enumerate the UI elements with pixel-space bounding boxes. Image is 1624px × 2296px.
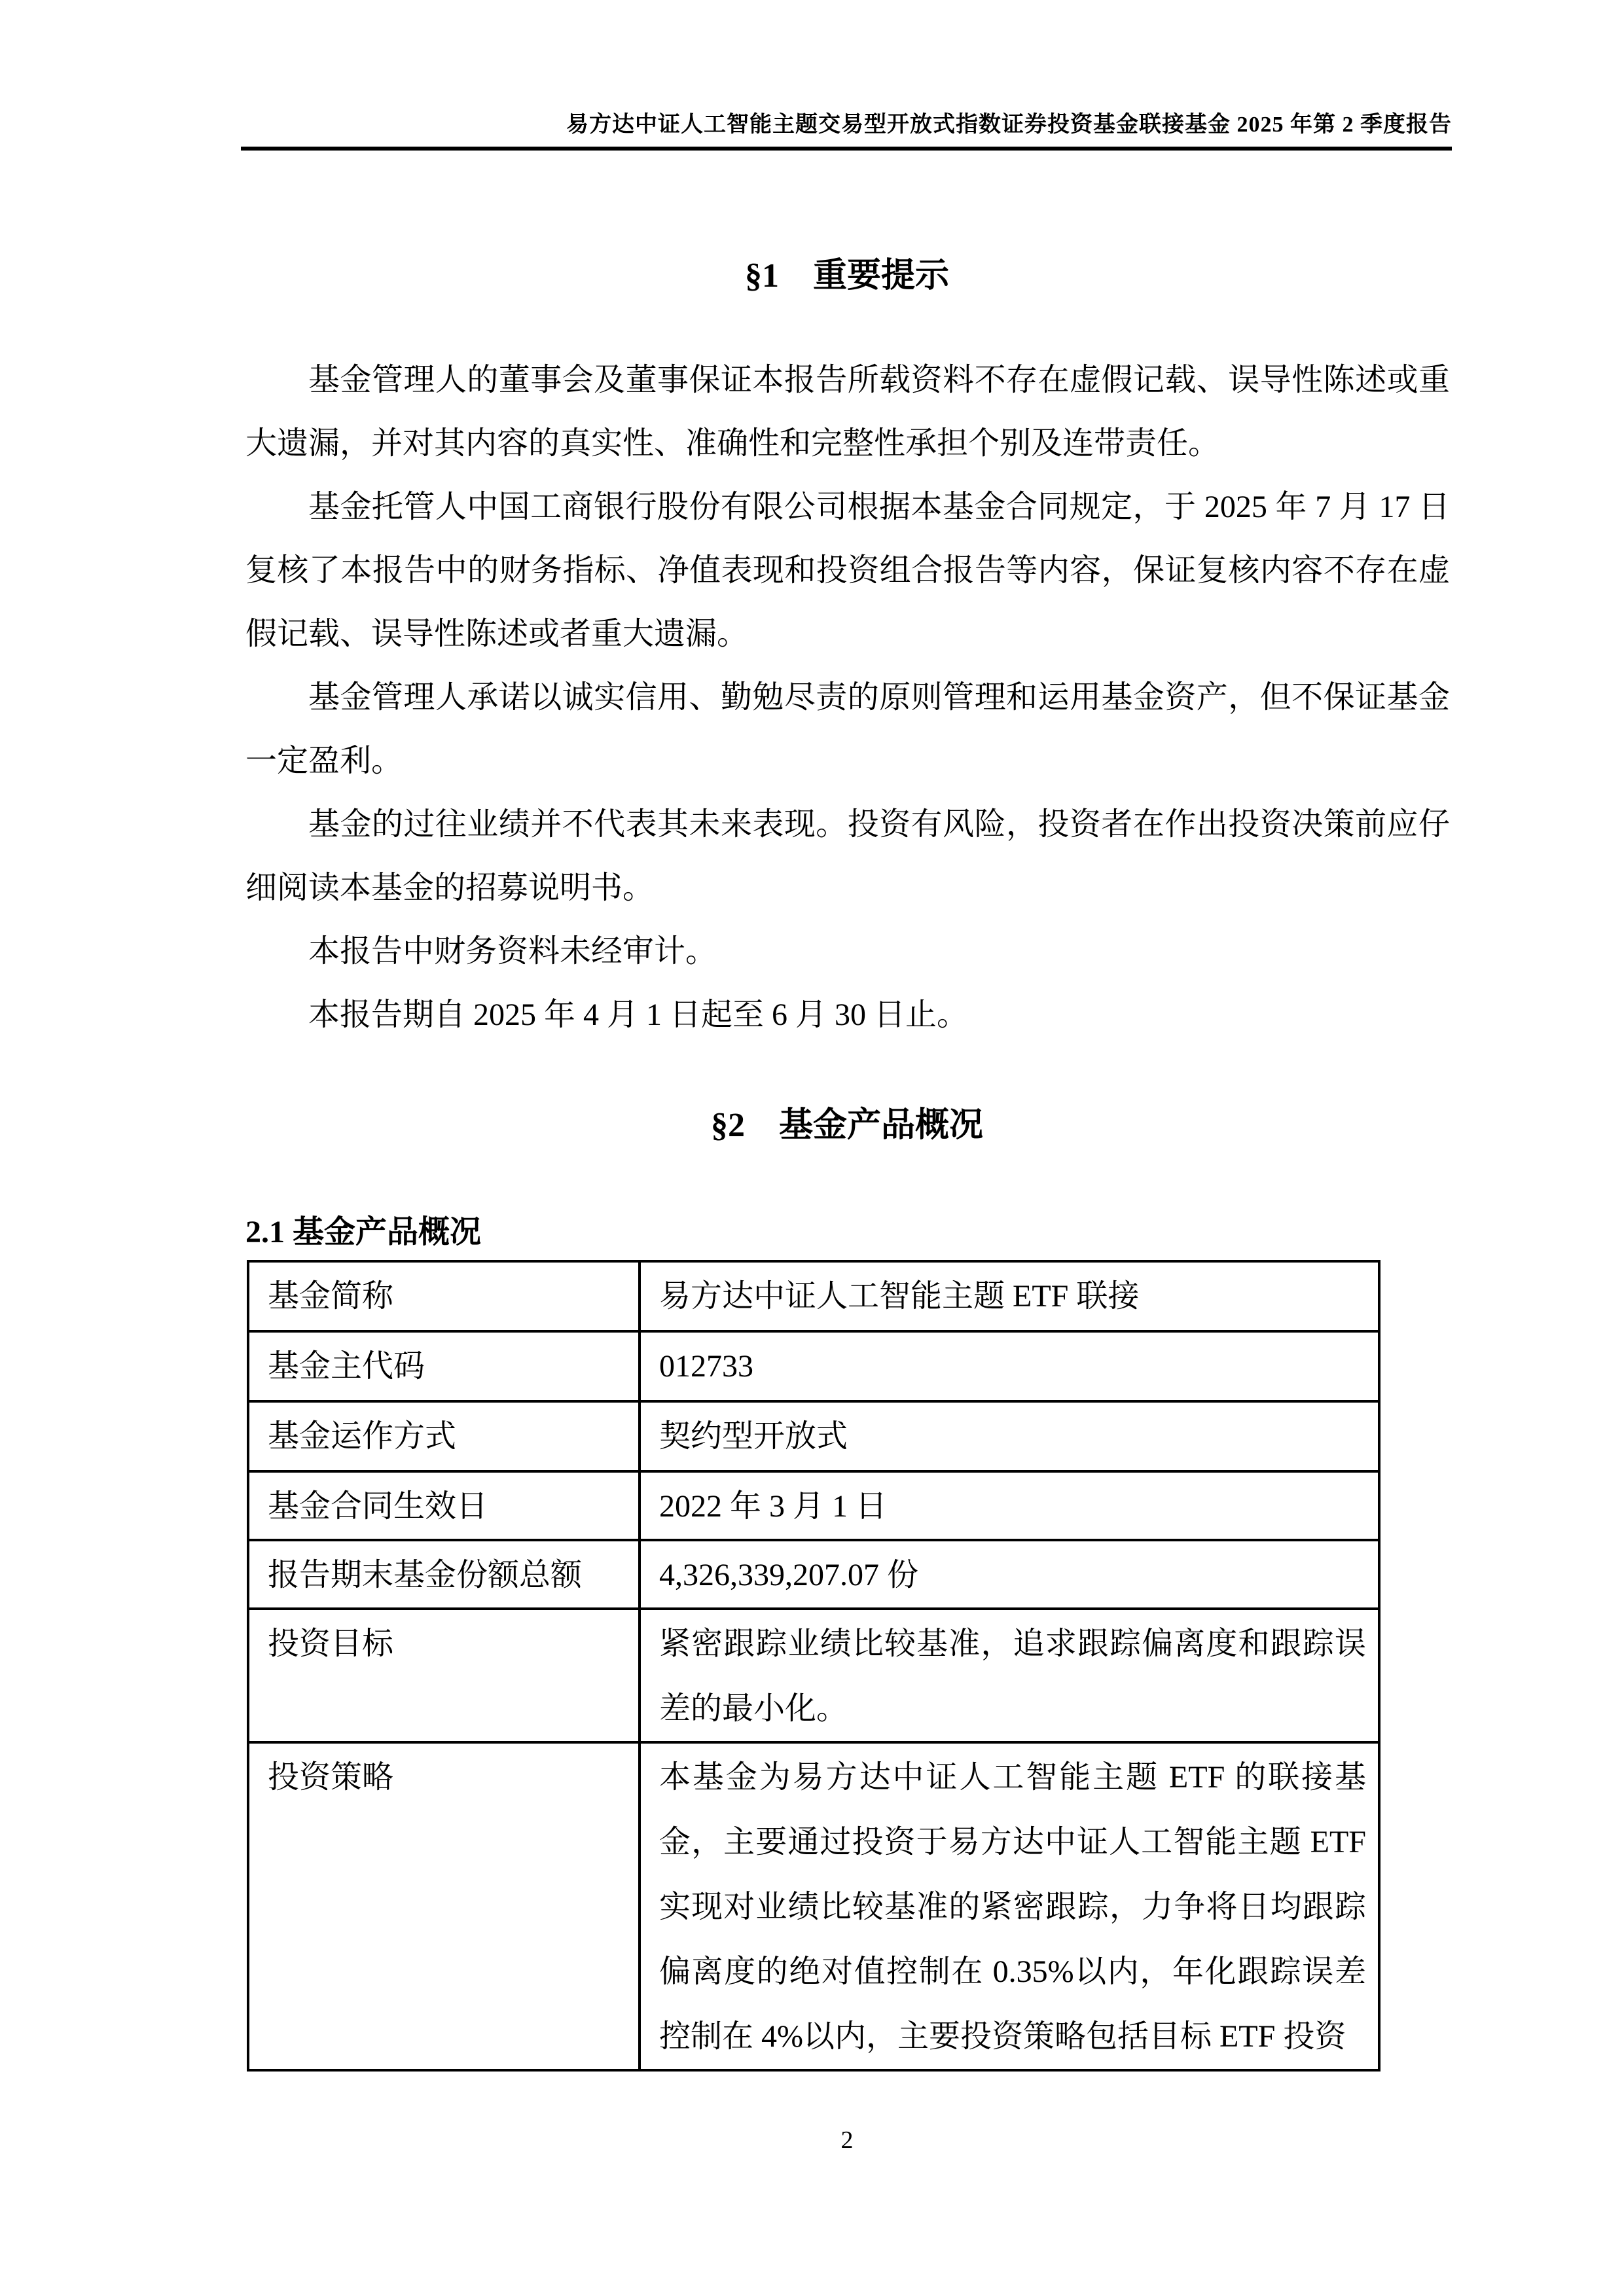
table-value-cell: 012733	[640, 1331, 1379, 1401]
fund-overview-table: 基金简称 易方达中证人工智能主题 ETF 联接 基金主代码 012733 基金运…	[247, 1260, 1380, 2072]
paragraph-disclaimer-board: 基金管理人的董事会及董事保证本报告所载资料不存在虚假记载、误导性陈述或重大遗漏，…	[245, 348, 1450, 475]
report-page: 易方达中证人工智能主题交易型开放式指数证券投资基金联接基金 2025 年第 2 …	[0, 0, 1624, 2296]
table-value-cell: 本基金为易方达中证人工智能主题 ETF 的联接基金，主要通过投资于易方达中证人工…	[640, 1742, 1379, 2070]
table-label-cell: 投资目标	[248, 1609, 640, 1742]
paragraph-manager-commitment: 基金管理人承诺以诚实信用、勤勉尽责的原则管理和运用基金资产，但不保证基金一定盈利…	[245, 666, 1450, 793]
section1-body: 基金管理人的董事会及董事保证本报告所载资料不存在虚假记载、误导性陈述或重大遗漏，…	[245, 348, 1450, 1047]
paragraph-unaudited-note: 本报告中财务资料未经审计。	[245, 920, 1450, 983]
table-value-cell: 4,326,339,207.07 份	[640, 1540, 1379, 1609]
table-label-cell: 基金运作方式	[248, 1401, 640, 1471]
table-row-operation-mode: 基金运作方式 契约型开放式	[248, 1401, 1379, 1471]
section2-heading: §2 基金产品概况	[245, 1097, 1449, 1146]
table-label-cell: 基金主代码	[248, 1331, 640, 1401]
table-row-fund-short-name: 基金简称 易方达中证人工智能主题 ETF 联接	[248, 1261, 1379, 1331]
table-label-cell: 投资策略	[248, 1742, 640, 2070]
header-divider-rule	[241, 147, 1452, 151]
table-value-cell: 契约型开放式	[640, 1401, 1379, 1471]
table-row-investment-objective: 投资目标 紧密跟踪业绩比较基准，追求跟踪偏离度和跟踪误差的最小化。	[248, 1609, 1379, 1742]
running-header-title: 易方达中证人工智能主题交易型开放式指数证券投资基金联接基金 2025 年第 2 …	[241, 106, 1452, 138]
table-label-cell: 报告期末基金份额总额	[248, 1540, 640, 1609]
page-number: 2	[245, 2126, 1449, 2155]
table-row-total-shares: 报告期末基金份额总额 4,326,339,207.07 份	[248, 1540, 1379, 1609]
paragraph-report-period: 本报告期自 2025 年 4 月 1 日起至 6 月 30 日止。	[245, 983, 1450, 1047]
table-value-cell: 易方达中证人工智能主题 ETF 联接	[640, 1261, 1379, 1331]
table-value-cell: 2022 年 3 月 1 日	[640, 1471, 1379, 1540]
table-row-contract-effective-date: 基金合同生效日 2022 年 3 月 1 日	[248, 1471, 1379, 1540]
table-label-cell: 基金简称	[248, 1261, 640, 1331]
section1-heading: §1 重要提示	[245, 247, 1449, 296]
table-row-investment-strategy: 投资策略 本基金为易方达中证人工智能主题 ETF 的联接基金，主要通过投资于易方…	[248, 1742, 1379, 2070]
paragraph-custodian-review: 基金托管人中国工商银行股份有限公司根据本基金合同规定，于 2025 年 7 月 …	[245, 475, 1450, 666]
subsection-2-1-heading: 2.1 基金产品概况	[245, 1206, 1449, 1251]
paragraph-risk-warning: 基金的过往业绩并不代表其未来表现。投资有风险，投资者在作出投资决策前应仔细阅读本…	[245, 793, 1450, 920]
table-label-cell: 基金合同生效日	[248, 1471, 640, 1540]
table-row-fund-main-code: 基金主代码 012733	[248, 1331, 1379, 1401]
table-value-cell: 紧密跟踪业绩比较基准，追求跟踪偏离度和跟踪误差的最小化。	[640, 1609, 1379, 1742]
